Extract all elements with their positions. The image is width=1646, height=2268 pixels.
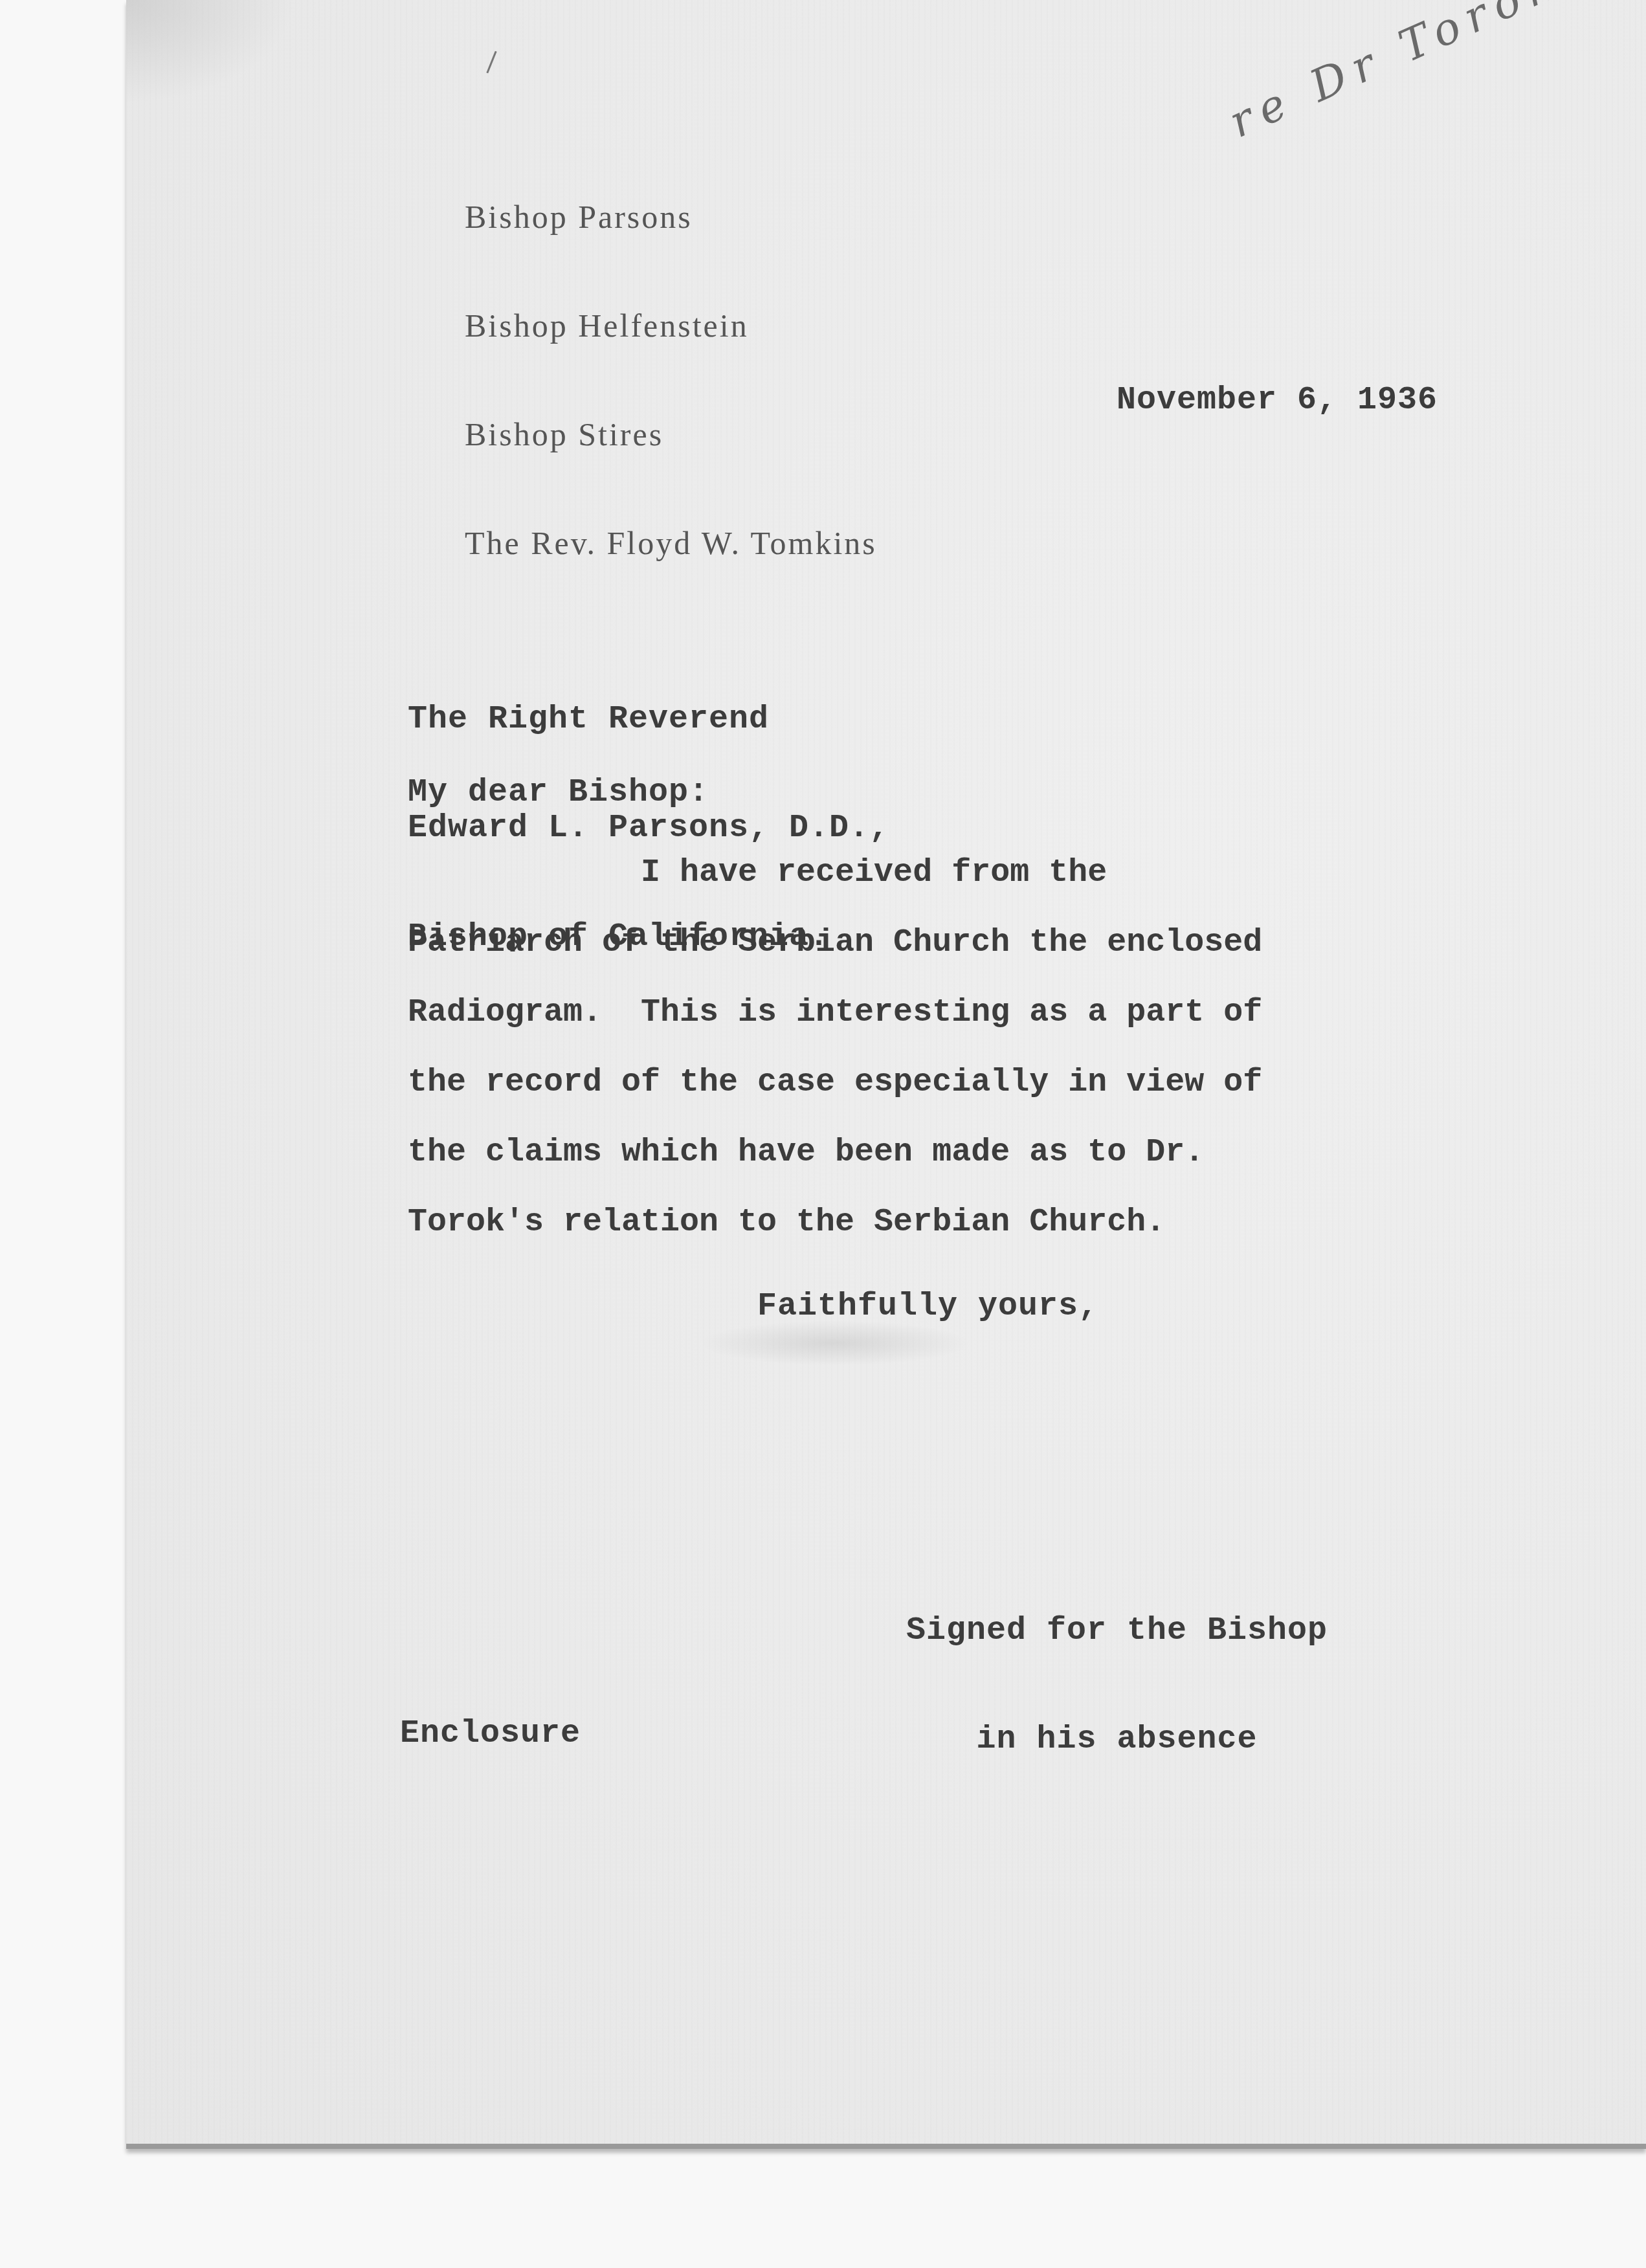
signature-note: Signed for the Bishop in his absence	[906, 1540, 1328, 1794]
body-line: I have received from the	[408, 854, 1107, 891]
body-line: the claims which have been made as to Dr…	[408, 1134, 1204, 1171]
recipient-line: Edward L. Parsons, D.D.,	[408, 810, 889, 847]
cc-recipient: The Rev. Floyd W. Tomkins	[465, 525, 877, 561]
closing: Faithfully yours,	[757, 1288, 1098, 1325]
cc-recipient: Bishop Helfenstein	[465, 307, 877, 344]
body-line: Patriarch of the Serbian Church the encl…	[408, 924, 1262, 961]
cc-recipient: Bishop Stires	[465, 416, 877, 452]
signature-note-line: Signed for the Bishop	[906, 1613, 1328, 1649]
body-line: Torok's relation to the Serbian Church.	[408, 1204, 1165, 1241]
body-line: Radiogram. This is interesting as a part…	[408, 994, 1262, 1031]
body-line: the record of the case especially in vie…	[408, 1064, 1262, 1101]
paper-corner-wear	[126, 0, 295, 104]
signature-note-line: in his absence	[906, 1722, 1328, 1758]
ink-offset-smudge	[699, 1320, 971, 1366]
cc-list: Bishop Parsons Bishop Helfenstein Bishop…	[465, 126, 877, 597]
enclosure-notation: Enclosure	[400, 1715, 581, 1752]
recipient-line: The Right Reverend	[408, 702, 889, 738]
letter-date: November 6, 1936	[1117, 382, 1438, 419]
cc-recipient: Bishop Parsons	[465, 199, 877, 235]
salutation: My dear Bishop:	[408, 774, 709, 811]
